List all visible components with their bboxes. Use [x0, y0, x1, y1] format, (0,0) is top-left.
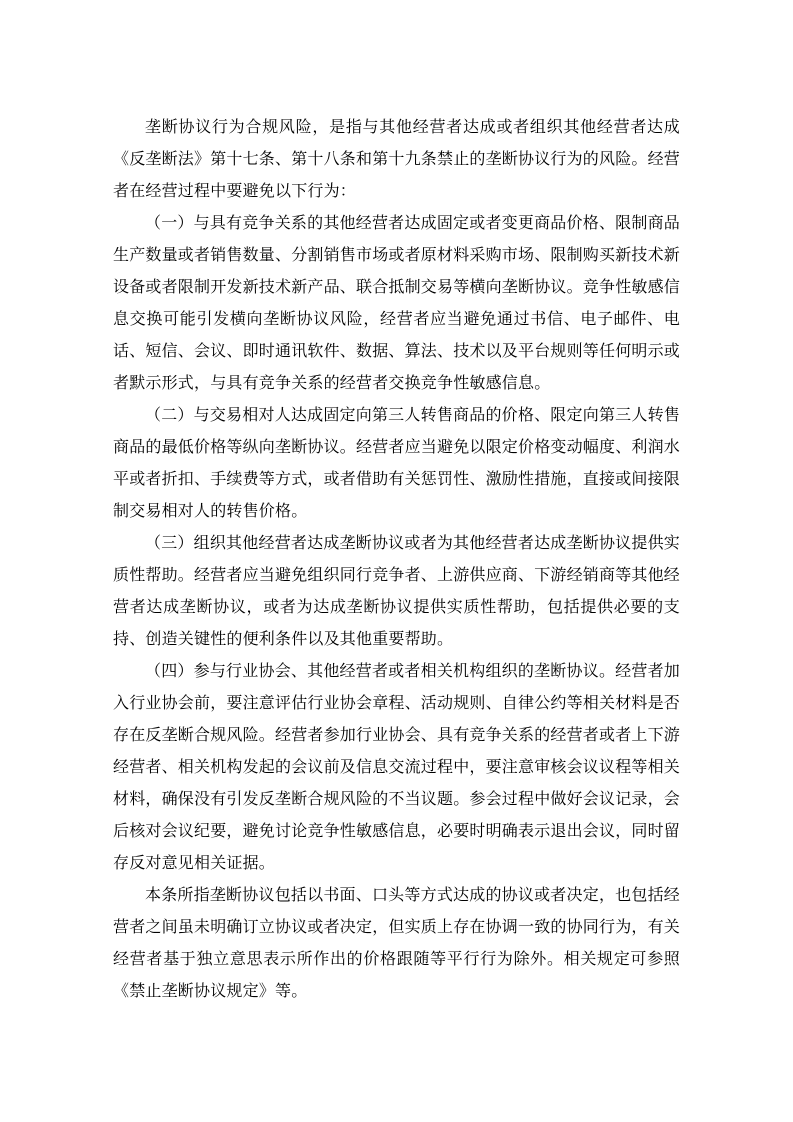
paragraph-item-2: （二）与交易相对人达成固定向第三人转售商品的价格、限定向第三人转售商品的最低价格…	[113, 400, 680, 528]
paragraph-item-3: （三）组织其他经营者达成垄断协议或者为其他经营者达成垄断协议提供实质性帮助。经营…	[113, 528, 680, 656]
paragraph-item-4: （四）参与行业协会、其他经营者或者相关机构组织的垄断协议。经营者加入行业协会前，…	[113, 656, 680, 880]
paragraph-item-1: （一）与具有竞争关系的其他经营者达成固定或者变更商品价格、限制商品生产数量或者销…	[113, 208, 680, 400]
document-page: 垄断协议行为合规风险，是指与其他经营者达成或者组织其他经营者达成《反垄断法》第十…	[0, 0, 793, 1122]
paragraph-closing: 本条所指垄断协议包括以书面、口头等方式达成的协议或者决定，也包括经营者之间虽未明…	[113, 880, 680, 1008]
paragraph-intro: 垄断协议行为合规风险，是指与其他经营者达成或者组织其他经营者达成《反垄断法》第十…	[113, 112, 680, 208]
